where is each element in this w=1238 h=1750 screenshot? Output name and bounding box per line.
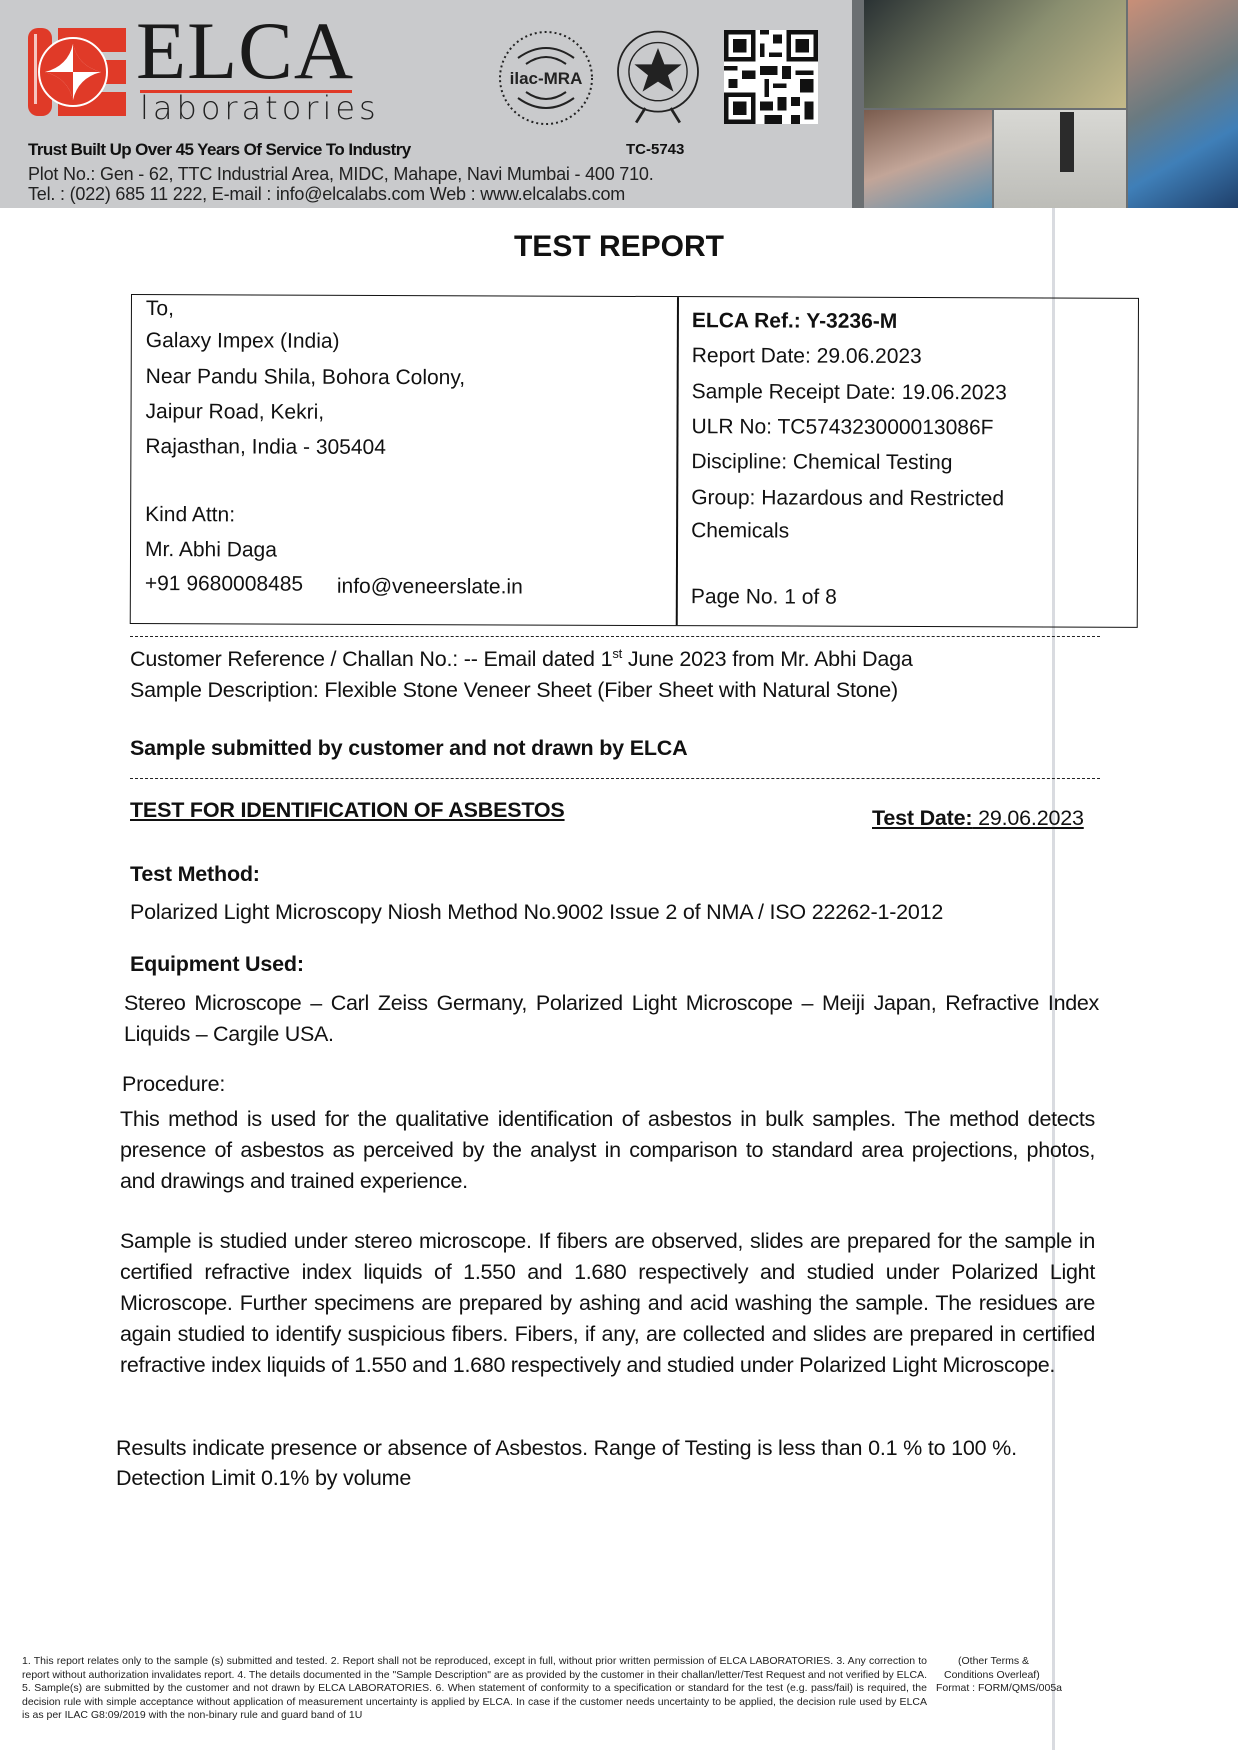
separator-dashed bbox=[130, 778, 1100, 779]
procedure-paragraph-1: This method is used for the qualitative … bbox=[120, 1104, 1095, 1197]
detection-limit: Detection Limit 0.1% by volume bbox=[116, 1466, 411, 1491]
results-range: Results indicate presence or absence of … bbox=[116, 1436, 1017, 1461]
format-code: Format : FORM/QMS/005a bbox=[936, 1682, 1076, 1696]
recipient-company: Galaxy Impex (India) bbox=[146, 329, 340, 354]
recipient-to: To, bbox=[146, 297, 174, 321]
recipient-address-3: Rajasthan, India - 305404 bbox=[145, 435, 386, 460]
lab-contact: Tel. : (022) 685 11 222, E-mail : info@e… bbox=[28, 184, 625, 205]
test-heading: TEST FOR IDENTIFICATION OF ASBESTOS bbox=[130, 798, 565, 823]
elca-logo-icon bbox=[28, 26, 126, 119]
procedure-label: Procedure: bbox=[122, 1072, 225, 1097]
group-line-1: Group: Hazardous and Restricted bbox=[691, 486, 1004, 511]
box-divider bbox=[676, 297, 679, 625]
procedure-paragraph-2: Sample is studied under stereo microscop… bbox=[120, 1226, 1095, 1381]
recipient-address-1: Near Pandu Shila, Bohora Colony, bbox=[146, 365, 466, 390]
equipment-used: Stereo Microscope – Carl Zeiss Germany, … bbox=[124, 988, 1099, 1050]
customer-reference: Customer Reference / Challan No.: -- Ema… bbox=[130, 646, 913, 672]
svg-text:ilac-MRA: ilac-MRA bbox=[510, 69, 583, 88]
equipment-label: Equipment Used: bbox=[130, 952, 304, 977]
group-line-2: Chemicals bbox=[691, 519, 789, 543]
terms-footnote: 1. This report relates only to the sampl… bbox=[22, 1655, 927, 1723]
recipient-address-2: Jaipur Road, Kekri, bbox=[146, 400, 325, 425]
sample-description: Sample Description: Flexible Stone Venee… bbox=[130, 678, 898, 703]
page-title: TEST REPORT bbox=[0, 230, 1238, 264]
footer-right: (Other Terms & Conditions Overleaf) Form… bbox=[936, 1655, 1076, 1696]
accreditation-code: TC-5743 bbox=[626, 141, 684, 158]
discipline: Discipline: Chemical Testing bbox=[691, 450, 952, 475]
elca-ref: ELCA Ref.: Y-3236-M bbox=[692, 309, 897, 334]
brand-name: ELCA bbox=[136, 10, 354, 92]
report-date: Report Date: 29.06.2023 bbox=[692, 344, 922, 369]
nabl-seal-icon bbox=[608, 28, 708, 128]
report-header-box: To, Galaxy Impex (India) Near Pandu Shil… bbox=[130, 294, 1139, 628]
lab-address: Plot No.: Gen - 62, TTC Industrial Area,… bbox=[28, 164, 654, 185]
test-method-label: Test Method: bbox=[130, 862, 260, 887]
recipient-email: info@veneerslate.in bbox=[337, 575, 523, 600]
sample-note: Sample submitted by customer and not dra… bbox=[130, 736, 687, 761]
ulr-number: ULR No: TC574323000013086F bbox=[691, 415, 993, 440]
other-terms-1: (Other Terms & bbox=[936, 1655, 1076, 1669]
sample-receipt-date: Sample Receipt Date: 19.06.2023 bbox=[692, 380, 1007, 405]
test-method: Polarized Light Microscopy Niosh Method … bbox=[130, 900, 943, 925]
page-number: Page No. 1 of 8 bbox=[691, 585, 837, 610]
separator-dashed bbox=[130, 636, 1100, 637]
attn-label: Kind Attn: bbox=[145, 503, 235, 527]
test-date: Test Date: 29.06.2023 bbox=[872, 806, 1084, 831]
recipient-phone: +91 9680008485 bbox=[145, 572, 303, 597]
lab-photo-collage bbox=[852, 0, 1238, 208]
other-terms-2: Conditions Overleaf) bbox=[936, 1669, 1076, 1683]
brand-subtitle: laboratories bbox=[140, 92, 380, 124]
attn-name: Mr. Abhi Daga bbox=[145, 538, 277, 563]
tagline: Trust Built Up Over 45 Years Of Service … bbox=[28, 140, 411, 160]
ilac-mra-seal-icon: ilac-MRA bbox=[496, 28, 596, 128]
qr-code-icon bbox=[724, 30, 818, 124]
